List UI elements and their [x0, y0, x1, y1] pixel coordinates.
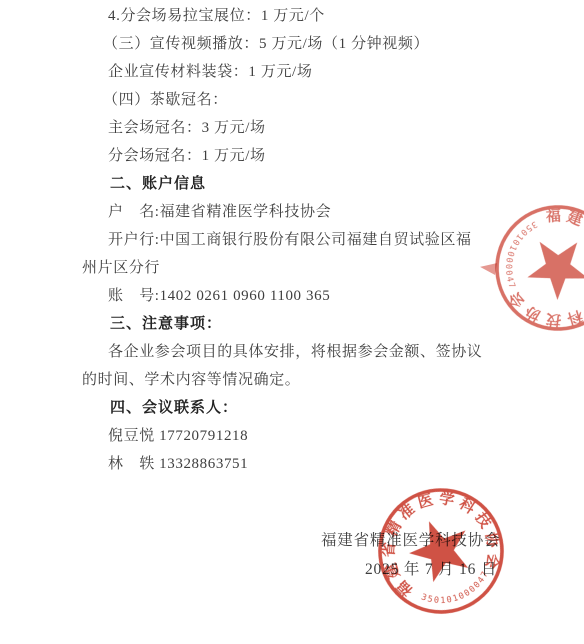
account-name-line: 户 名:福建省精准医学科技协会 [82, 198, 564, 226]
document-line: 4.分会场易拉宝展位：1 万元/个 [82, 2, 564, 30]
contact-line: 倪豆悦 17720791218 [82, 422, 564, 450]
document-line: 主会场冠名：3 万元/场 [82, 114, 564, 142]
document-line: 分会场冠名：1 万元/场 [82, 142, 564, 170]
bank-line: 开户行:中国工商银行股份有限公司福建自贸试验区福 [82, 226, 564, 254]
document-line: 各企业参会项目的具体安排，将根据参会金额、签协议 [82, 338, 564, 366]
section-heading-contacts: 四、会议联系人： [82, 394, 564, 422]
contact-line: 林 轶 13328863751 [82, 450, 564, 478]
signature-date: 2025 年 7 月 16 日 [365, 557, 497, 579]
seal-ink-mark [479, 261, 497, 275]
section-heading-account-info: 二、账户信息 [82, 170, 564, 198]
document-page: 4.分会场易拉宝展位：1 万元/个 （三）宣传视频播放：5 万元/场（1 分钟视… [0, 0, 584, 644]
section-heading-notes: 三、注意事项： [82, 310, 564, 338]
document-line: 的时间、学术内容等情况确定。 [82, 366, 564, 394]
account-number-line: 账 号:1402 0261 0960 1100 365 [82, 282, 564, 310]
document-body: 4.分会场易拉宝展位：1 万元/个 （三）宣传视频播放：5 万元/场（1 分钟视… [82, 2, 564, 478]
signature-organization: 福建省精准医学科技协会 [321, 528, 500, 550]
seal-border [366, 476, 517, 627]
document-line: （三）宣传视频播放：5 万元/场（1 分钟视频） [82, 30, 564, 58]
document-line: （四）茶歇冠名： [82, 86, 564, 114]
document-line: 企业宣传材料装袋：1 万元/场 [82, 58, 564, 86]
